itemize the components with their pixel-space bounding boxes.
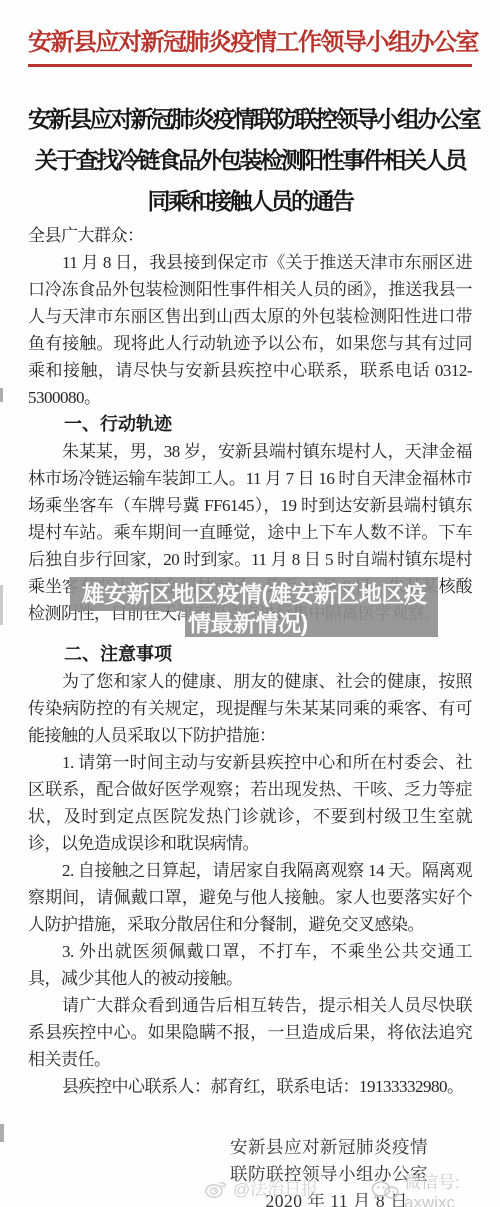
scan-artifact xyxy=(0,388,3,402)
intro-paragraph: 11 月 8 日，我县接到保定市《关于推送天津市东丽区进口冷冻食品外包装检测阳性… xyxy=(28,249,472,411)
scan-artifact xyxy=(0,1124,4,1142)
title-line-3: 同乘和接触人员的通告 xyxy=(28,181,472,222)
caption-overlay-line-2: 情最新情况) xyxy=(185,611,438,637)
section2-intro-paragraph: 为了您和家人的健康、朋友的健康、社会的健康，按照传染病防控的有关规定，现提醒与朱… xyxy=(28,668,472,749)
wechat-watermark-label: 微信号: axwjxc xyxy=(404,1168,500,1207)
salutation: 全县广大群众： xyxy=(28,222,472,249)
title-line-1: 安新县应对新冠肺炎疫情联防联控领导小组办公室 xyxy=(28,99,472,140)
wechat-icon xyxy=(370,1179,400,1203)
weibo-icon xyxy=(203,1177,229,1199)
section2-heading: 二、注意事项 xyxy=(28,641,472,668)
document-body: 全县广大群众： 11 月 8 日，我县接到保定市《关于推送天津市东丽区进口冷冻食… xyxy=(28,222,472,1100)
document-title: 安新县应对新冠肺炎疫情联防联控领导小组办公室 关于查找冷链食品外包装检测阳性事件… xyxy=(28,99,472,222)
weibo-watermark: @法治日报 xyxy=(203,1175,318,1200)
weibo-watermark-label: @法治日报 xyxy=(233,1175,318,1200)
notice-item-2: 2. 自接触之日算起，请居家自我隔离观察 14 天。隔离观察期间，请佩戴口罩，避… xyxy=(28,857,472,938)
red-header-banner: 安新县应对新冠肺炎疫情工作领导小组办公室 xyxy=(28,26,472,67)
title-line-2: 关于查找冷链食品外包装检测阳性事件相关人员 xyxy=(28,140,472,181)
notice-item-3: 3. 外出就医须佩戴口罩，不打车，不乘坐公共交通工具，减少其他人的被动接触。 xyxy=(28,938,472,992)
contact-line: 县疾控中心联系人：郝育红，联系电话：19133332980。 xyxy=(28,1073,472,1100)
wechat-watermark: 微信号: axwjxc xyxy=(370,1168,500,1207)
notice-item-1: 1. 请第一时间主动与安新县疾控中心和所在村委会、社区联系，配合做好医学观察；若… xyxy=(28,749,472,857)
signature-line-1: 安新县应对新冠肺炎疫情 xyxy=(28,1134,472,1161)
closing-paragraph: 请广大群众看到通告后相互转告，提示相关人员尽快联系县疾控中心。如果隐瞒不报，一旦… xyxy=(28,992,472,1073)
scan-artifact xyxy=(0,585,3,625)
section1-heading: 一、行动轨迹 xyxy=(28,411,472,438)
caption-overlay-line-1: 雄安新区地区疫情(雄安新区地区疫 xyxy=(70,577,438,611)
